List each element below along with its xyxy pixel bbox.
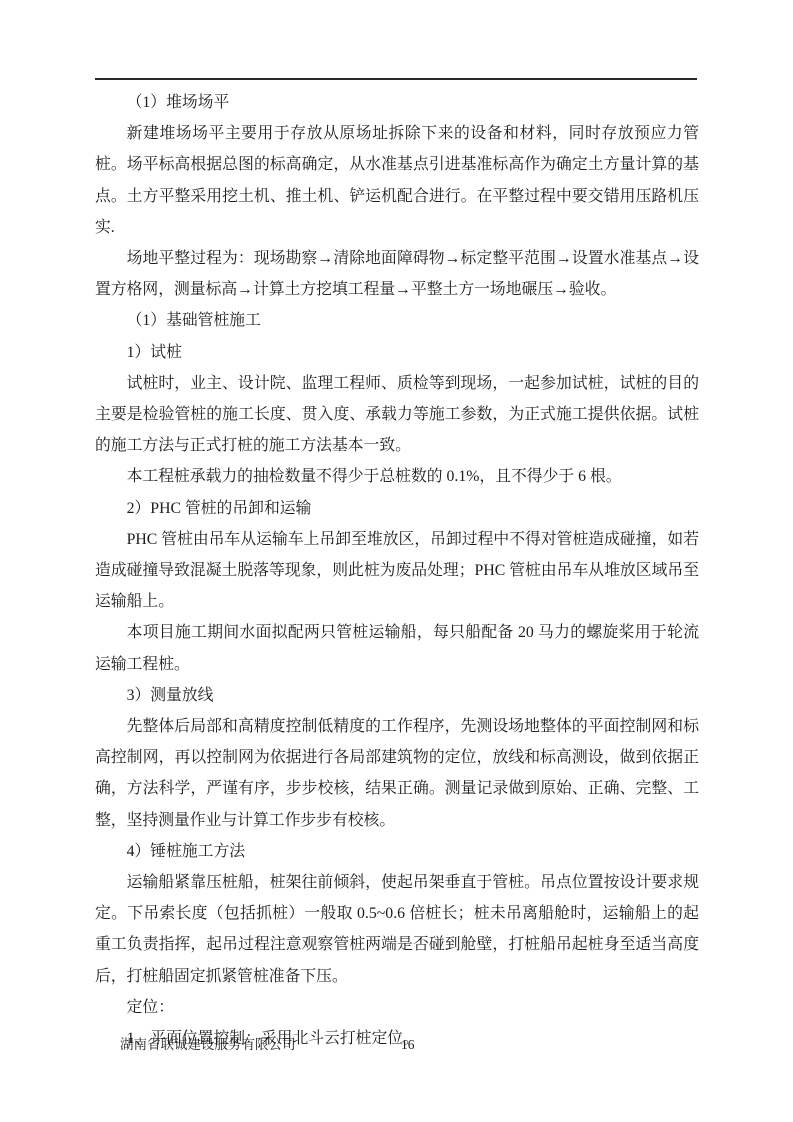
page-number: 16 (401, 1036, 415, 1054)
paragraph: 定位： (95, 992, 699, 1023)
document-page: （1）堆场场平新建堆场场平主要用于存放从原场址拆除下来的设备和材料，同时存放预应… (0, 0, 793, 1122)
paragraph: 4）锤桩施工方法 (95, 836, 699, 867)
paragraph: （1）基础管桩施工 (95, 305, 699, 336)
document-body: （1）堆场场平新建堆场场平主要用于存放从原场址拆除下来的设备和材料，同时存放预应… (95, 87, 699, 1054)
paragraph: 1）试桩 (95, 337, 699, 368)
paragraph: （1）堆场场平 (95, 87, 699, 118)
page-footer: 湖南省联诚建设服务有限公司 16 (0, 1036, 793, 1058)
paragraph: 3）测量放线 (95, 680, 699, 711)
paragraph: 新建堆场场平主要用于存放从原场址拆除下来的设备和材料，同时存放预应力管桩。场平标… (95, 118, 699, 243)
paragraph: 本工程桩承载力的抽检数量不得少于总桩数的 0.1%，且不得少于 6 根。 (95, 461, 699, 492)
footer-company-name: 湖南省联诚建设服务有限公司 (120, 1036, 296, 1054)
paragraph: 运输船紧靠压桩船，桩架往前倾斜，使起吊架垂直于管桩。吊点位置按设计要求规定。下吊… (95, 867, 699, 992)
paragraph: 先整体后局部和高精度控制低精度的工作程序，先测设场地整体的平面控制网和标高控制网… (95, 711, 699, 836)
header-rule (95, 78, 697, 80)
paragraph: 场地平整过程为：现场勘察→清除地面障碍物→标定整平范围→设置水准基点→设置方格网… (95, 243, 699, 305)
paragraph: 本项目施工期间水面拟配两只管桩运输船，每只船配备 20 马力的螺旋桨用于轮流运输… (95, 617, 699, 679)
paragraph: 试桩时，业主、设计院、监理工程师、质检等到现场，一起参加试桩，试桩的目的主要是检… (95, 368, 699, 462)
paragraph: PHC 管桩由吊车从运输车上吊卸至堆放区，吊卸过程中不得对管桩造成碰撞，如若造成… (95, 524, 699, 618)
paragraph: 2）PHC 管桩的吊卸和运输 (95, 493, 699, 524)
